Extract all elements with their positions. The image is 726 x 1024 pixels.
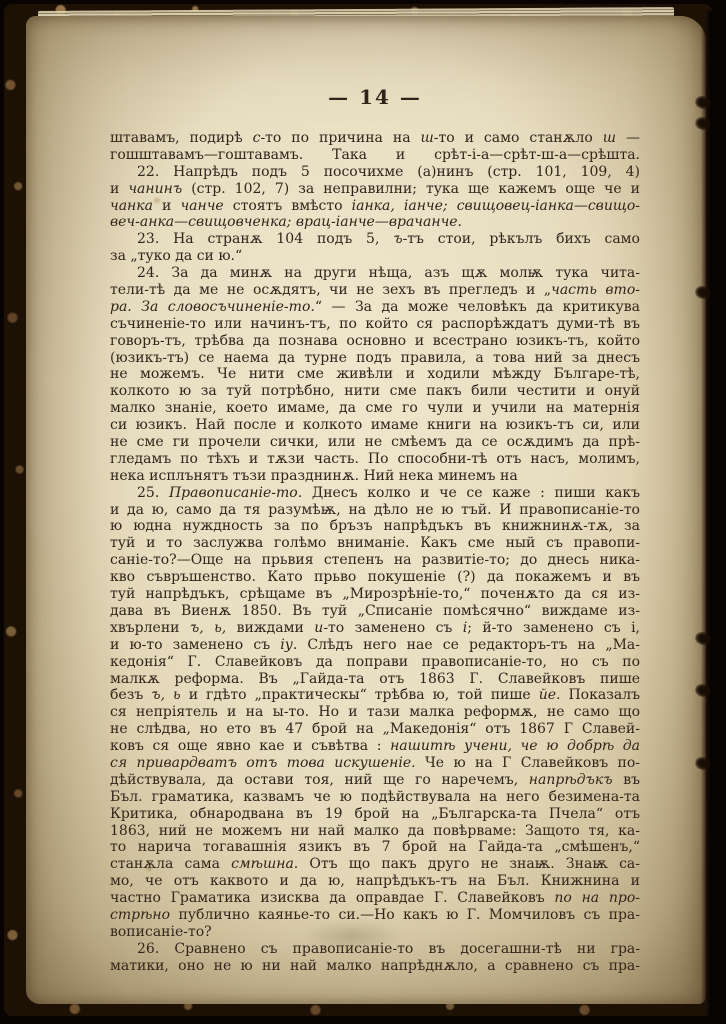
paragraph: 22. Напрѣдъ подъ 5 посочихме (а)нинъ (ст… — [110, 164, 640, 232]
text-line: Критика, обнародвана въ 19 брой на „Бълг… — [110, 806, 640, 823]
text-line: матики, оно не ю ни най малко напрѣднѫло… — [110, 958, 640, 975]
foxing-spot — [146, 866, 152, 871]
text-line: частно Граматика изисква да оправдае Г. … — [110, 890, 640, 907]
text-line: 23. На странѫ 104 подъ 5, ъ-тъ стои, рѣк… — [110, 231, 640, 248]
paragraph: 24. За да минѫ на други нѣща, азъ щѫ мол… — [110, 265, 640, 485]
text-line: 24. За да минѫ на други нѣща, азъ щѫ мол… — [110, 265, 640, 282]
text-line: дава въ Виенѫ 1850. Въ туй „Списаніе пом… — [110, 603, 640, 620]
text-line: ю юдна нуждность за по бръзъ напрѣдъкъ в… — [110, 518, 640, 535]
text-line: то нарича тогавашнія язикъ въ 7 брой на … — [110, 839, 640, 856]
text-line: 22. Напрѣдъ подъ 5 посочихме (а)нинъ (ст… — [110, 164, 640, 181]
text-line: не слѣдва, но ето въ 47 брой на „Македон… — [110, 721, 640, 738]
text-line: 25. Правописаніе-то. Днесъ колко и че се… — [110, 485, 640, 502]
text-line: ся непріятель и на ы-то. Но и тази малка… — [110, 704, 640, 721]
text-line: веч-анка—свищовченка; врац-іанче—врачанч… — [110, 214, 640, 231]
text-line: туй и то заслужва голѣмо вниманіе. Какъ … — [110, 535, 640, 552]
text-line: ковъ ся още явно кае и съвѣтва : нашитѣ … — [110, 738, 640, 755]
binding-gutter — [701, 10, 713, 1014]
text-line: кедонія“ Г. Славейковъ да поправи правоп… — [110, 654, 640, 671]
book-page: — 14 — штавамъ, подирѣ с-то по причина н… — [26, 16, 706, 1004]
paragraph: 23. На странѫ 104 подъ 5, ъ-тъ стои, рѣк… — [110, 231, 640, 265]
text-line: и да ю, само да тя разумѣѭ, на дѣло не ю… — [110, 502, 640, 519]
foxing-spot — [154, 198, 160, 203]
text-line: безъ ъ, ь и гдѣто „практическы“ трѣбва ю… — [110, 687, 640, 704]
text-line: штавамъ, подирѣ с-то по причина на ш-то … — [110, 130, 640, 147]
paragraph: 25. Правописаніе-то. Днесъ колко и че се… — [110, 485, 640, 941]
text-line: Бъл. граматика, казвамъ че ю подѣйствува… — [110, 789, 640, 806]
text-line: говоръ-тъ, трѣбва да познава основно и в… — [110, 333, 640, 350]
text-line: туй напрѣдъкъ, срѣщаме въ „Мирозрѣніе-то… — [110, 586, 640, 603]
book-photo: — 14 — штавамъ, подирѣ с-то по причина н… — [0, 0, 726, 1024]
text-line: дѣйствувала, да остави тоя, ний ще го на… — [110, 772, 640, 789]
text-line: не сме ги прочели сички, или не смѣемъ д… — [110, 434, 640, 451]
text-line: мо, че отъ каквото и да ю, напрѣдъкъ-тъ … — [110, 873, 640, 890]
text-line: и чанинъ (стр. 102, 7) за неправилни; ту… — [110, 181, 640, 198]
text-line: 1863, ний не можемъ ни най малко да повѣ… — [110, 823, 640, 840]
text-line: чанка и чанче стоятъ вмѣсто іанка, іанче… — [110, 198, 640, 215]
text-line: тели-тѣ да ме не осѫдятъ, чи не зехъ въ … — [110, 282, 640, 299]
text-line: не можемъ. Че нити сме живѣли и ходили м… — [110, 366, 640, 383]
text-line: колкото ю за туй потрѣбно, нити сме пакъ… — [110, 383, 640, 400]
paragraph: штавамъ, подирѣ с-то по причина на ш-то … — [110, 130, 640, 164]
text-line: саніе-то?—Още на прьвия степенъ на разви… — [110, 552, 640, 569]
text-line: и ю-то заменено съ іу. Слѣдъ него нае се… — [110, 637, 640, 654]
text-line: си юзикъ. Най после и колкото имаме книг… — [110, 417, 640, 434]
text-line: малко знаніе, което имаме, да сме го чул… — [110, 400, 640, 417]
text-block: штавамъ, подирѣ с-то по причина на ш-то … — [110, 130, 640, 975]
text-line: гошштавамъ—гоштавамъ. Така и срѣт-і-а—ср… — [110, 147, 640, 164]
text-line: за „туко да си ю.“ — [110, 248, 640, 265]
stain — [302, 920, 402, 952]
text-line: хвърлени ъ, ь, виждами и-то заменено съ … — [110, 620, 640, 637]
page-number: — 14 — — [110, 86, 640, 108]
text-line: гледамъ по тѣхъ и тѫзи часть. По способн… — [110, 451, 640, 468]
text-line: станѫла сама смѣшна. Отъ що пакъ друго н… — [110, 856, 640, 873]
text-line: съчиненіе-то или начинъ-тъ, по който ся … — [110, 316, 640, 333]
text-line: кво съвръшенство. Като прьво покушеніе (… — [110, 569, 640, 586]
text-line: нека исплънятъ тъзи празднинѫ. Ний нека … — [110, 468, 640, 485]
text-line: (юзикъ-тъ) се наема да турне подъ правил… — [110, 350, 640, 367]
text-line: ся привардватъ отъ това искушеніе. Че ю … — [110, 755, 640, 772]
text-line: малкѫ реформа. Въ „Гайда-та отъ 1863 Г. … — [110, 671, 640, 688]
text-line: ра. За словосъчиненіе-то.“ — За да може … — [110, 299, 640, 316]
